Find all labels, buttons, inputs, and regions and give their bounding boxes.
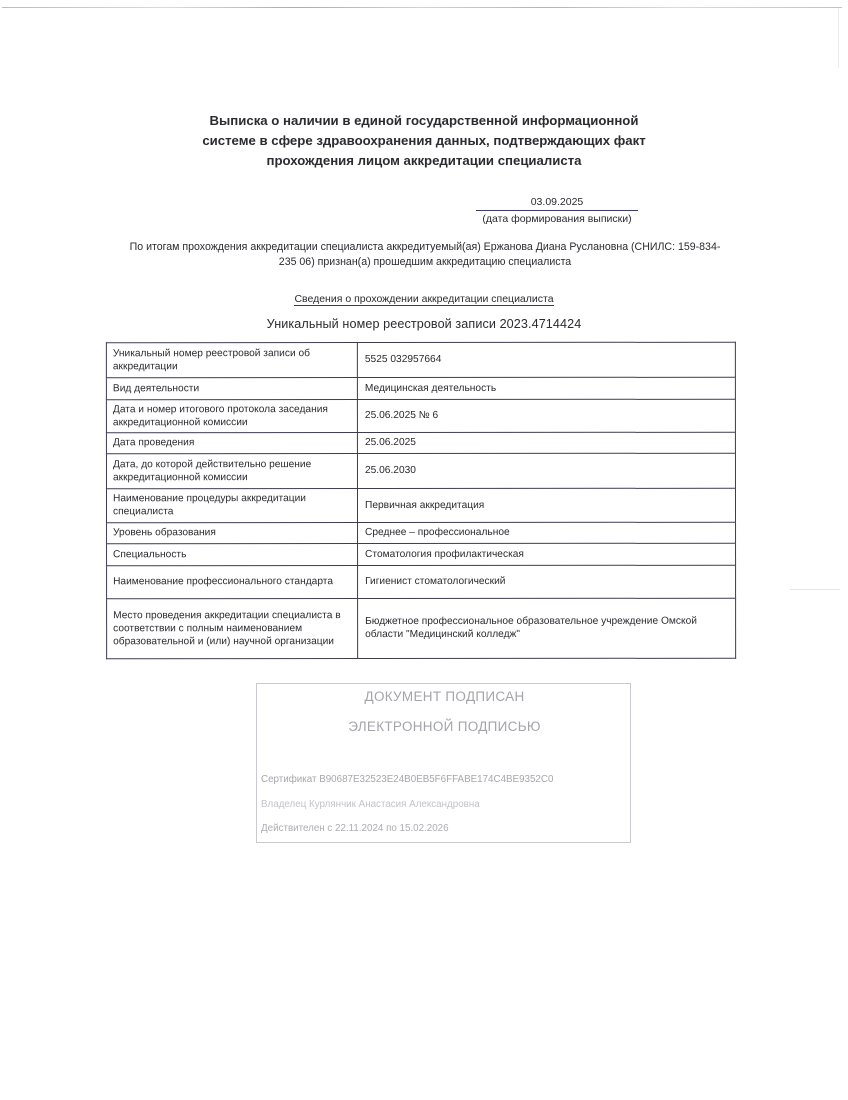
row-label: Дата, до которой действительно решение а…: [106, 454, 357, 489]
section-heading: Сведения о прохождении аккредитации спец…: [0, 293, 848, 305]
table-row: Место проведения аккредитации специалист…: [107, 598, 736, 659]
table-row: Наименование профессионального стандарта…: [107, 565, 736, 599]
table-row: Уникальный номер реестровой записи об ак…: [106, 342, 735, 378]
scan-artifact-line: [790, 589, 840, 590]
row-label: Дата и номер итогового протокола заседан…: [106, 400, 357, 433]
intro-line-1: По итогам прохождения аккредитации специ…: [100, 240, 750, 255]
electronic-signature-stamp: ДОКУМЕНТ ПОДПИСАН ЭЛЕКТРОННОЙ ПОДПИСЬЮ С…: [256, 683, 631, 843]
row-value: 25.06.2030: [357, 453, 735, 488]
page-top-edge: [2, 7, 842, 8]
stamp-owner: Владелец Курлянчик Анастасия Александров…: [261, 799, 480, 810]
stamp-certificate: Сертификат B90687E32523E24B0EB5F6FFABE17…: [261, 774, 553, 785]
row-value: Среднее – профессиональное: [358, 522, 736, 543]
row-label: Вид деятельности: [106, 378, 357, 400]
table-row: Наименование процедуры аккредитации спец…: [106, 488, 735, 523]
row-label: Дата проведения: [106, 433, 357, 454]
section-heading-text: Сведения о прохождении аккредитации спец…: [294, 293, 553, 306]
stamp-validity: Действителен с 22.11.2024 по 15.02.2026: [261, 823, 449, 834]
row-label: Уровень образования: [107, 523, 358, 544]
generation-date-block: 03.09.2025 (дата формирования выписки): [476, 196, 638, 226]
row-value: Стоматология профилактическая: [358, 543, 736, 565]
generation-date-caption: (дата формирования выписки): [476, 212, 638, 226]
table-row: Уровень образования Среднее – профессион…: [107, 522, 736, 544]
row-label: Уникальный номер реестровой записи об ак…: [106, 343, 357, 378]
accreditation-info-table: Уникальный номер реестровой записи об ак…: [106, 342, 736, 660]
row-value: 25.06.2025 № 6: [357, 399, 735, 432]
table-row: Дата, до которой действительно решение а…: [106, 453, 735, 489]
row-label: Специальность: [107, 544, 358, 566]
document-title: Выписка о наличии в единой государственн…: [0, 111, 848, 171]
intro-paragraph: По итогам прохождения аккредитации специ…: [100, 240, 750, 270]
stamp-signed-line: ДОКУМЕНТ ПОДПИСАН: [257, 689, 632, 704]
row-label: Место проведения аккредитации специалист…: [107, 599, 358, 659]
generation-date: 03.09.2025: [476, 196, 638, 211]
document-title-line-2: системе в сфере здравоохранения данных, …: [0, 131, 848, 151]
table-row: Вид деятельности Медицинская деятельност…: [106, 377, 735, 400]
document-title-line-3: прохождения лицом аккредитации специалис…: [0, 151, 848, 171]
row-label: Наименование профессионального стандарта: [107, 566, 358, 599]
row-value: Первичная аккредитация: [357, 488, 735, 522]
table-row: Специальность Стоматология профилактичес…: [107, 543, 736, 566]
row-value: 5525 032957664: [357, 342, 735, 377]
table-row: Дата проведения 25.06.2025: [106, 432, 735, 454]
stamp-electronic-signature-line: ЭЛЕКТРОННОЙ ПОДПИСЬЮ: [257, 719, 632, 734]
row-value: Бюджетное профессиональное образовательн…: [358, 598, 736, 658]
table-row: Дата и номер итогового протокола заседан…: [106, 399, 735, 433]
registry-number: Уникальный номер реестровой записи 2023.…: [0, 317, 848, 331]
row-label: Наименование процедуры аккредитации спец…: [106, 489, 357, 523]
page-right-edge: [838, 8, 839, 68]
row-value: Медицинская деятельность: [357, 377, 735, 399]
intro-line-2: 235 06) признан(а) прошедшим аккредитаци…: [100, 255, 750, 270]
document-title-line-1: Выписка о наличии в единой государственн…: [0, 111, 848, 131]
row-value: 25.06.2025: [357, 432, 735, 453]
row-value: Гигиенист стоматологический: [358, 565, 736, 598]
